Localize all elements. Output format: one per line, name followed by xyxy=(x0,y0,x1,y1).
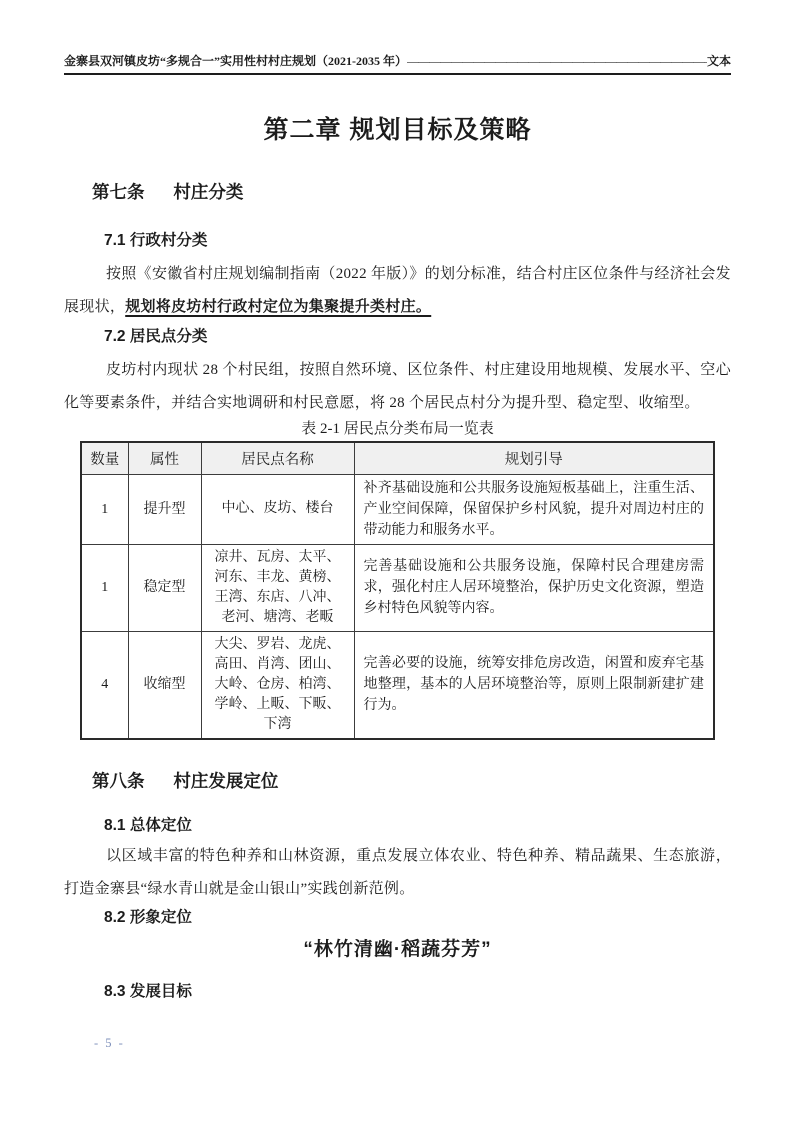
sub-heading-7-2: 7.2 居民点分类 xyxy=(104,327,731,347)
table-header-quantity: 数量 xyxy=(81,442,128,474)
table-header-planning-guidance: 规划引导 xyxy=(354,442,714,474)
sub-heading-8-2: 8.2 形象定位 xyxy=(104,908,731,928)
cell-attribute: 提升型 xyxy=(128,474,201,544)
settlement-classification-table: 数量 属性 居民点名称 规划引导 1 提升型 中心、皮坊、楼台 补齐基础设施和公… xyxy=(80,441,715,740)
cell-planning-guidance: 完善基础设施和公共服务设施，保障村民合理建房需求，强化村庄人居环境整治，保护历史… xyxy=(354,544,714,631)
paragraph-8-1: 以区域丰富的特色种养和山林资源，重点发展立体农业、特色种养、精品蔬果、生态旅游，… xyxy=(64,840,731,906)
article-7-heading: 第七条 村庄分类 xyxy=(92,181,731,203)
document-page: 金寨县双河镇皮坊“多规合一”实用性村村庄规划（2021-2035 年） ————… xyxy=(0,0,793,1122)
article-8-title: 村庄发展定位 xyxy=(173,771,278,791)
sub-heading-8-3: 8.3 发展目标 xyxy=(104,982,731,1002)
cell-attribute: 收缩型 xyxy=(128,631,201,739)
table-row: 4 收缩型 大尖、罗岩、龙虎、高田、肖湾、团山、大岭、仓房、柏湾、学岭、上畈、下… xyxy=(81,631,714,739)
page-number: - 5 - xyxy=(94,1036,125,1051)
running-header-suffix: 文本 xyxy=(707,52,731,69)
cell-planning-guidance: 完善必要的设施，统筹安排危房改造，闲置和废弃宅基地整理，基本的人居环境整治等，原… xyxy=(354,631,714,739)
cell-quantity: 1 xyxy=(81,474,128,544)
running-header-dash-fill: ———————————————————————————— xyxy=(407,54,707,69)
cell-quantity: 1 xyxy=(81,544,128,631)
cell-quantity: 4 xyxy=(81,631,128,739)
article-7-title: 村庄分类 xyxy=(173,182,243,202)
chapter-title: 第二章 规划目标及策略 xyxy=(64,115,731,145)
cell-settlement-names: 中心、皮坊、楼台 xyxy=(201,474,354,544)
cell-settlement-names: 凉井、瓦房、太平、河东、丰龙、黄榜、王湾、东店、八冲、老河、塘湾、老畈 xyxy=(201,544,354,631)
table-row: 1 提升型 中心、皮坊、楼台 补齐基础设施和公共服务设施短板基础上，注重生活、产… xyxy=(81,474,714,544)
sub-heading-8-1: 8.1 总体定位 xyxy=(104,816,731,836)
running-header: 金寨县双河镇皮坊“多规合一”实用性村村庄规划（2021-2035 年） ————… xyxy=(64,0,731,75)
paragraph-7-1: 按照《安徽省村庄规划编制指南（2022 年版）》的划分标准，结合村庄区位条件与经… xyxy=(64,258,731,324)
table-row: 1 稳定型 凉井、瓦房、太平、河东、丰龙、黄榜、王湾、东店、八冲、老河、塘湾、老… xyxy=(81,544,714,631)
paragraph-7-1-emphasis: 规划将皮坊村行政村定位为集聚提升类村庄。 xyxy=(125,299,431,315)
image-positioning-slogan: “林竹清幽·稻蔬芬芳” xyxy=(64,938,731,962)
table-header-settlement-names: 居民点名称 xyxy=(201,442,354,474)
table-header-attribute: 属性 xyxy=(128,442,201,474)
page-content: 金寨县双河镇皮坊“多规合一”实用性村村庄规划（2021-2035 年） ————… xyxy=(64,0,731,1002)
article-8-heading: 第八条 村庄发展定位 xyxy=(92,770,731,792)
cell-attribute: 稳定型 xyxy=(128,544,201,631)
article-7-label: 第七条 xyxy=(92,182,145,202)
running-header-title: 金寨县双河镇皮坊“多规合一”实用性村村庄规划（2021-2035 年） xyxy=(64,52,407,69)
sub-heading-7-1: 7.1 行政村分类 xyxy=(104,231,731,251)
article-8-label: 第八条 xyxy=(92,771,145,791)
table-caption: 表 2-1 居民点分类布局一览表 xyxy=(64,420,731,438)
table-header-row: 数量 属性 居民点名称 规划引导 xyxy=(81,442,714,474)
cell-settlement-names: 大尖、罗岩、龙虎、高田、肖湾、团山、大岭、仓房、柏湾、学岭、上畈、下畈、下湾 xyxy=(201,631,354,739)
paragraph-7-2: 皮坊村内现状 28 个村民组，按照自然环境、区位条件、村庄建设用地规模、发展水平… xyxy=(64,354,731,420)
cell-planning-guidance: 补齐基础设施和公共服务设施短板基础上，注重生活、产业空间保障，保留保护乡村风貌，… xyxy=(354,474,714,544)
